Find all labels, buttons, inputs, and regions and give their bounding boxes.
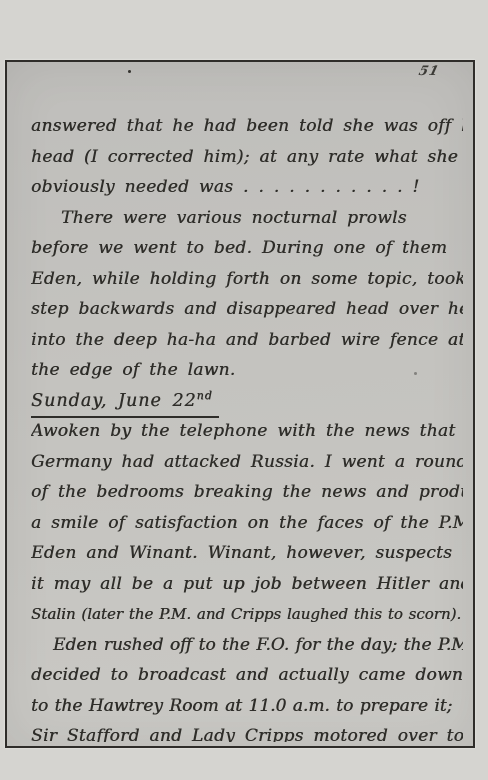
handwriting-line: to the Hawtrey Room at 11.0 a.m. to prep… bbox=[31, 691, 463, 722]
handwriting-line: a smile of satisfaction on the faces of … bbox=[31, 508, 463, 539]
book-page: { "page_number": "51", "manuscript": { "… bbox=[0, 0, 488, 780]
handwriting-line: Sir Stafford and Lady Cripps motored ove… bbox=[31, 721, 463, 742]
date-heading: Sunday, June 22nd bbox=[31, 386, 463, 417]
handwriting-line: There were various nocturnal prowls bbox=[31, 203, 463, 234]
handwriting-line: Awoken by the telephone with the news th… bbox=[31, 416, 463, 447]
handwriting-line: answered that he had been told she was o… bbox=[31, 111, 463, 142]
handwriting-line: Eden and Winant. Winant, however, suspec… bbox=[31, 538, 463, 569]
ink-speck bbox=[128, 70, 131, 73]
handwriting-line: before we went to bed. During one of the… bbox=[31, 233, 463, 264]
handwriting-line: step backwards and disappeared head over… bbox=[31, 294, 463, 325]
handwriting-line: of the bedrooms breaking the news and pr… bbox=[31, 477, 463, 508]
handwriting-line: obviously needed was . . . . . . . . . .… bbox=[31, 172, 463, 203]
date-heading-ordinal: nd bbox=[197, 389, 213, 402]
date-heading-text: Sunday, June 22 bbox=[31, 391, 197, 411]
handwriting-line: into the deep ha-ha and barbed wire fenc… bbox=[31, 325, 463, 356]
handwriting-line: decided to broadcast and actually came d… bbox=[31, 660, 463, 691]
handwritten-text-block: answered that he had been told she was o… bbox=[31, 111, 463, 742]
handwriting-line: Stalin (later the P.M. and Cripps laughe… bbox=[31, 599, 463, 630]
page-number: 51 bbox=[417, 64, 441, 79]
manuscript-photo: 51 answered that he had been told she wa… bbox=[5, 60, 475, 748]
handwriting-line: Eden rushed off to the F.O. for the day;… bbox=[31, 630, 463, 661]
handwriting-line: head (I corrected him); at any rate what… bbox=[31, 142, 463, 173]
handwriting-line: the edge of the lawn. bbox=[31, 355, 463, 386]
handwriting-line: it may all be a put up job between Hitle… bbox=[31, 569, 463, 600]
handwriting-line: Germany had attacked Russia. I went a ro… bbox=[31, 447, 463, 478]
date-heading-underline: Sunday, June 22nd bbox=[31, 386, 219, 419]
handwriting-line: Eden, while holding forth on some topic,… bbox=[31, 264, 463, 295]
